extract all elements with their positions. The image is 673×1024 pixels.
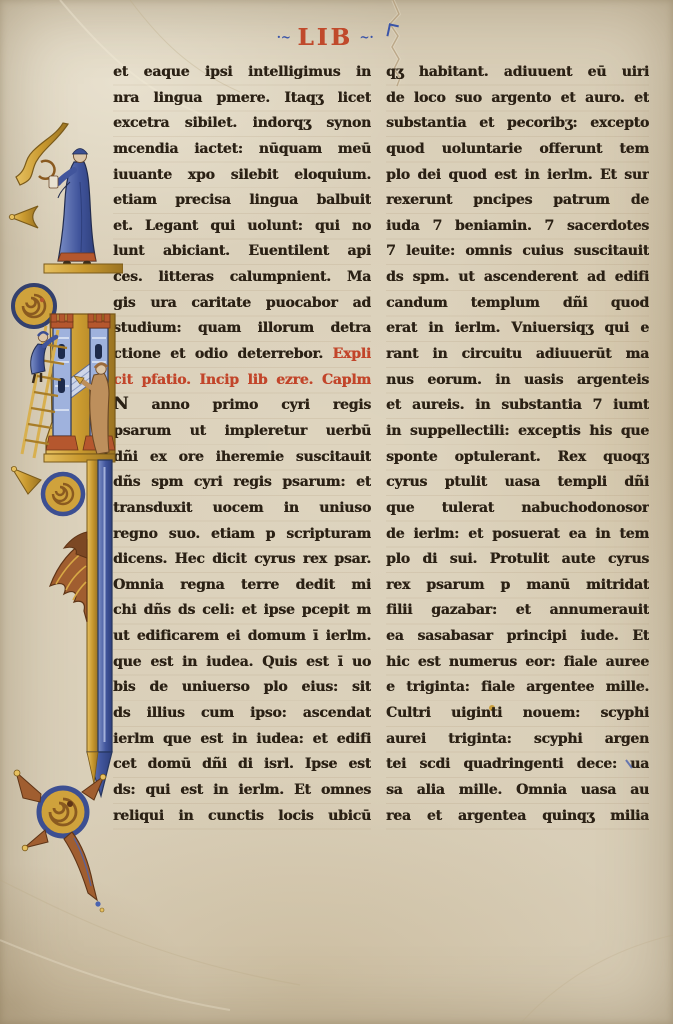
illuminated-initial-I xyxy=(8,122,123,932)
text-line: ierlm que est in iudea: et edifi xyxy=(113,727,371,753)
text-line: ds: qui est in ierlm. Et omnes xyxy=(113,778,371,804)
text-line: Omnia regna terre dedit mi xyxy=(113,573,371,599)
text-line: tei scdi quadringenti dece: ua xyxy=(386,752,649,778)
tail-flourish xyxy=(64,832,104,912)
text-line: candum templum dñi quod xyxy=(386,291,649,317)
text-line: excetra sibilet. indorqʒ synon xyxy=(113,111,371,137)
text-line: e triginta: fiale argentee mille. xyxy=(386,675,649,701)
finial-ornament xyxy=(9,123,68,228)
text-line: psarum ut impleretur uerbū xyxy=(113,419,371,445)
text-line: filii gazabar: et annumerauit xyxy=(386,598,649,624)
dragon-wing xyxy=(50,532,87,622)
text-line: hic est numerus eor: fiale auree xyxy=(386,650,649,676)
blue-cap xyxy=(73,149,88,155)
text-line: sponte optulerant. Rex quoqʒ xyxy=(386,445,649,471)
text-line: cyrus ptulit uasa templi dñi xyxy=(386,470,649,496)
text-line: et eaque ipsi intelligimus in xyxy=(113,60,371,86)
text-line: iuuante xpo silebit eloquium. xyxy=(113,163,371,189)
text-line: lunt abiciant. Euentilent api xyxy=(113,239,371,265)
text-line: transduxit uocem in uniuso xyxy=(113,496,371,522)
text-line: rex psarum p manū mitridat xyxy=(386,573,649,599)
text-line: gis ura caritate puocabor ad xyxy=(113,291,371,317)
text-line: plo dei quod est in ierlm. Et sur xyxy=(386,163,649,189)
text-line: iuda 7 beniamin. 7 sacerdotes xyxy=(386,214,649,240)
running-header: ·~ LIB ~· xyxy=(0,24,673,51)
text-line: rant in circuitu adiuuerūt ma xyxy=(386,342,649,368)
text-line: dñi ex ore iheremie suscitauit xyxy=(113,445,371,471)
header-flourish-right: ~· xyxy=(359,30,373,44)
header-flourish-left: ·~ xyxy=(277,30,291,44)
text-line: substantia et pecoribʒ: excepto xyxy=(386,111,649,137)
text-line: plo di sui. Protulit aute cyrus xyxy=(386,547,649,573)
pen-flourish-icon xyxy=(387,23,399,38)
text-line: ctione et odio deterrebor. Expli xyxy=(113,342,371,368)
text-line: nra lingua pmere. Itaqʒ licet xyxy=(113,86,371,112)
text-line: sa alia mille. Omnia uasa au xyxy=(386,778,649,804)
text-line: ds spm. ut ascenderent ad edifi xyxy=(386,265,649,291)
text-line: quod uoluntarie offerunt tem xyxy=(386,137,649,163)
spiral-ornament-bottom xyxy=(14,770,106,851)
text-line: cit pfatio. Incip lib ezre. Caplm xyxy=(113,368,371,394)
text-line: dñs spm cyri regis psarum: et xyxy=(113,470,371,496)
text-line: regno suo. etiam p scripturam xyxy=(113,522,371,548)
text-line: erat in ierlm. Vniuersiqʒ qui e xyxy=(386,316,649,342)
text-line: cet domū dñi di isrl. Ipse est xyxy=(113,752,371,778)
text-line: et aureis. in substantia 7 iumt xyxy=(386,393,649,419)
text-line: bis de uniuerso plo eius: sit xyxy=(113,675,371,701)
dragon-head xyxy=(67,801,73,807)
text-line: que tulerat nabuchodonosor xyxy=(386,496,649,522)
text-column-right: qʒ habitant. adiuuent eū uiride loco suo… xyxy=(386,60,649,830)
text-line: de loco suo argento et auro. et xyxy=(386,86,649,112)
text-line: que est in iudea. Quis est ī uo xyxy=(113,650,371,676)
text-line: 7 leuite: omnis cuius suscitauit xyxy=(386,239,649,265)
text-line: Cultri uiginti nouem: scyphi xyxy=(386,701,649,727)
text-line: ea sasabasar principi iude. Et xyxy=(386,624,649,650)
text-line: N anno primo cyri regis xyxy=(113,393,371,419)
text-line: ces. litteras calumpnient. Ma xyxy=(113,265,371,291)
text-line: ut edificarem ei domum ī ierlm. xyxy=(113,624,371,650)
text-column-left: et eaque ipsi intelligimus innra lingua … xyxy=(113,60,371,830)
text-line: chi dñs ds celi: et ipse pcepit m xyxy=(113,598,371,624)
text-line: mcendia iactet: nūquam meū xyxy=(113,137,371,163)
overseer-figure xyxy=(49,149,96,266)
scroll-in-hand xyxy=(49,176,58,188)
initial-shaft xyxy=(87,460,112,796)
spiral-ornament-top xyxy=(13,285,55,327)
text-line: qʒ habitant. adiuuent eū uiri xyxy=(386,60,649,86)
text-line: aurei triginta: scyphi argen xyxy=(386,727,649,753)
text-line: dicens. Hec dicit cyrus rex psar. xyxy=(113,547,371,573)
text-line: et. Legant qui uolunt: qui no xyxy=(113,214,371,240)
text-line: etiam precisa lingua balbuit xyxy=(113,188,371,214)
text-line: reliqui in cunctis locis ubicū xyxy=(113,804,371,830)
letter-top-arm xyxy=(44,264,123,273)
text-line: rexerunt pncipes patrum de xyxy=(386,188,649,214)
text-line: rea et argentea quinqʒ milia xyxy=(386,804,649,830)
text-line: in suppellectili: exceptis his que xyxy=(386,419,649,445)
header-title: LIB xyxy=(298,24,353,51)
text-line: nus eorum. in uasis argenteis xyxy=(386,368,649,394)
text-line: studium: quam illorum detra xyxy=(113,316,371,342)
text-line: de ierlm: et posuerat ea in tem xyxy=(386,522,649,548)
text-line: ds illius cum ipso: ascendat xyxy=(113,701,371,727)
manuscript-page: ·~ LIB ~· et eaque ipsi intelligimus inn… xyxy=(0,0,673,1024)
